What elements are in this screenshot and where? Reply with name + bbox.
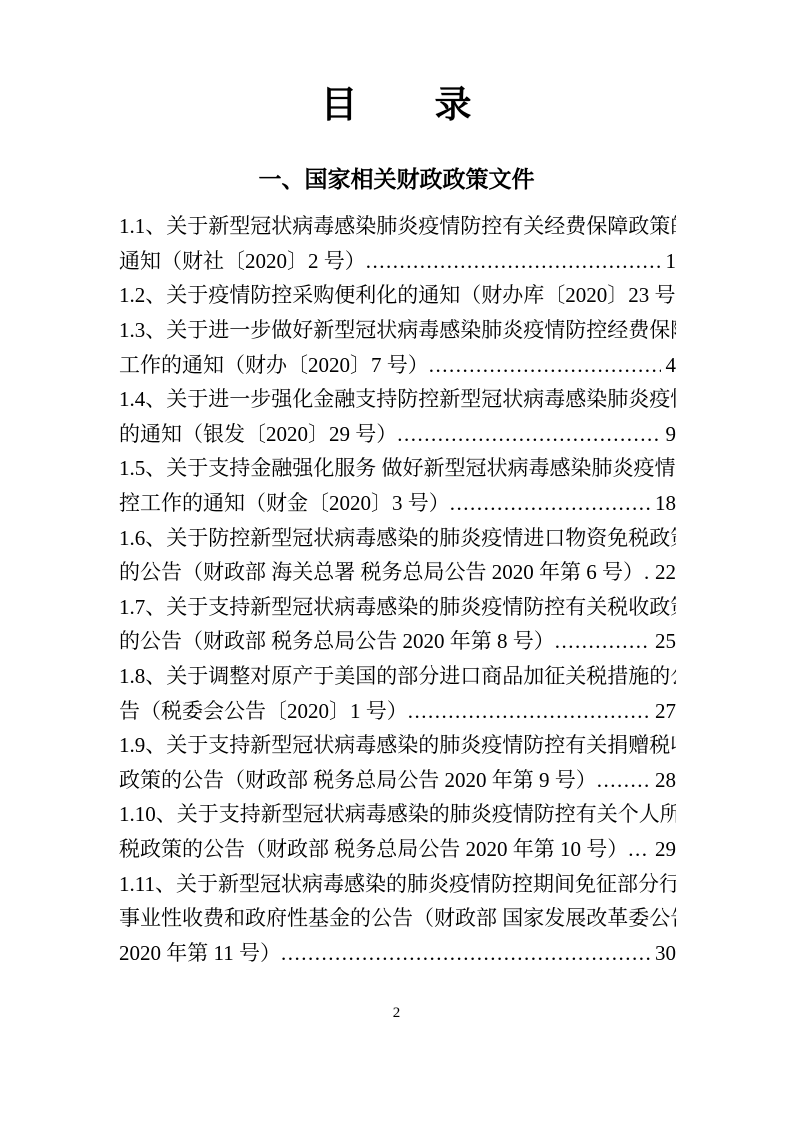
toc-entry-last-line: 控工作的通知（财金〔2020〕3 号）18 <box>119 486 676 521</box>
toc-entry-last-line: 2020 年第 11 号）30 <box>119 936 676 971</box>
dot-leader <box>597 763 650 798</box>
toc-entry-line: 1.5、关于支持金融强化服务 做好新型冠状病毒感染肺炎疫情防 <box>119 451 676 486</box>
toc-entry-text: 2020 年第 11 号） <box>119 936 281 971</box>
dot-leader <box>397 417 660 452</box>
toc-entry-1-11: 1.11、关于新型冠状病毒感染的肺炎疫情防控期间免征部分行政事业性收费和政府性基… <box>119 867 676 971</box>
toc-entry-text: 政策的公告（财政部 税务总局公告 2020 年第 9 号） <box>119 763 597 798</box>
toc-entry-text: 工作的通知（财办〔2020〕7 号） <box>119 348 429 383</box>
toc-entry-text: 税政策的公告（财政部 税务总局公告 2020 年第 10 号） <box>119 832 628 867</box>
toc-entry-last-line: 的通知（银发〔2020〕29 号）9 <box>119 417 676 452</box>
toc-entry-line: 1.7、关于支持新型冠状病毒感染的肺炎疫情防控有关税收政策 <box>119 590 676 625</box>
toc-entry-line: 1.6、关于防控新型冠状病毒感染的肺炎疫情进口物资免税政策 <box>119 521 676 556</box>
toc-page-number: 22 <box>650 555 676 590</box>
toc-entry-text: 控工作的通知（财金〔2020〕3 号） <box>119 486 450 521</box>
dot-leader <box>450 486 650 521</box>
dot-leader <box>366 244 661 279</box>
toc-entry-text: 告（税委会公告〔2020〕1 号） <box>119 694 408 729</box>
toc-entry-line: 1.1、关于新型冠状病毒感染肺炎疫情防控有关经费保障政策的 <box>119 209 676 244</box>
toc-entry-1-2: 1.2、关于疫情防控采购便利化的通知（财办库〔2020〕23 号)3 <box>119 278 676 313</box>
toc-page-number: 29 <box>650 832 676 867</box>
toc-entry-last-line: 工作的通知（财办〔2020〕7 号）4 <box>119 348 676 383</box>
footer-page-number: 2 <box>0 1004 793 1022</box>
toc-entry-line: 1.10、关于支持新型冠状病毒感染的肺炎疫情防控有关个人所得 <box>119 797 676 832</box>
toc-entry-last-line: 告（税委会公告〔2020〕1 号）27 <box>119 694 676 729</box>
toc-entry-text: 的公告（财政部 海关总署 税务总局公告 2020 年第 6 号） <box>119 555 644 590</box>
toc-entry-1-1: 1.1、关于新型冠状病毒感染肺炎疫情防控有关经费保障政策的通知（财社〔2020〕… <box>119 209 676 278</box>
toc-entry-line: 1.4、关于进一步强化金融支持防控新型冠状病毒感染肺炎疫情 <box>119 382 676 417</box>
dot-leader <box>281 936 650 971</box>
toc-entry-1-9: 1.9、关于支持新型冠状病毒感染的肺炎疫情防控有关捐赠税收政策的公告（财政部 税… <box>119 728 676 797</box>
toc-page-number: 4 <box>661 348 677 383</box>
dot-leader <box>555 624 650 659</box>
toc-entry-line: 事业性收费和政府性基金的公告（财政部 国家发展改革委公告 <box>119 901 676 936</box>
toc-page-number: 28 <box>650 763 676 798</box>
toc-page-number: 30 <box>650 936 676 971</box>
toc-entry-1-3: 1.3、关于进一步做好新型冠状病毒感染肺炎疫情防控经费保障工作的通知（财办〔20… <box>119 313 676 382</box>
toc-entry-last-line: 通知（财社〔2020〕2 号）1 <box>119 244 676 279</box>
toc-entry-line: 1.11、关于新型冠状病毒感染的肺炎疫情防控期间免征部分行政 <box>119 867 676 902</box>
toc-entry-text: 1.2、关于疫情防控采购便利化的通知（财办库〔2020〕23 号) <box>119 278 676 313</box>
toc-entry-1-10: 1.10、关于支持新型冠状病毒感染的肺炎疫情防控有关个人所得税政策的公告（财政部… <box>119 797 676 866</box>
document-page: 目 录 一、国家相关财政政策文件 1.1、关于新型冠状病毒感染肺炎疫情防控有关经… <box>0 0 793 1122</box>
toc-entry-1-5: 1.5、关于支持金融强化服务 做好新型冠状病毒感染肺炎疫情防控工作的通知（财金〔… <box>119 451 676 520</box>
toc-entry-1-7: 1.7、关于支持新型冠状病毒感染的肺炎疫情防控有关税收政策的公告（财政部 税务总… <box>119 590 676 659</box>
toc-page-number: 27 <box>650 694 676 729</box>
toc-entry-1-4: 1.4、关于进一步强化金融支持防控新型冠状病毒感染肺炎疫情的通知（银发〔2020… <box>119 382 676 451</box>
toc-page-number: 9 <box>661 417 677 452</box>
toc-list: 1.1、关于新型冠状病毒感染肺炎疫情防控有关经费保障政策的通知（财社〔2020〕… <box>119 209 676 970</box>
dot-leader <box>429 348 661 383</box>
page-title: 目 录 <box>0 84 793 128</box>
toc-entry-last-line: 1.2、关于疫情防控采购便利化的通知（财办库〔2020〕23 号)3 <box>119 278 676 313</box>
toc-entry-last-line: 的公告（财政部 税务总局公告 2020 年第 8 号）25 <box>119 624 676 659</box>
toc-entry-text: 的公告（财政部 税务总局公告 2020 年第 8 号） <box>119 624 555 659</box>
toc-entry-1-8: 1.8、关于调整对原产于美国的部分进口商品加征关税措施的公告（税委会公告〔202… <box>119 659 676 728</box>
toc-entry-text: 通知（财社〔2020〕2 号） <box>119 244 366 279</box>
toc-entry-last-line: 的公告（财政部 海关总署 税务总局公告 2020 年第 6 号）22 <box>119 555 676 590</box>
toc-page-number: 1 <box>661 244 677 279</box>
toc-page-number: 25 <box>650 624 676 659</box>
toc-entry-last-line: 政策的公告（财政部 税务总局公告 2020 年第 9 号）28 <box>119 763 676 798</box>
toc-entry-line: 1.9、关于支持新型冠状病毒感染的肺炎疫情防控有关捐赠税收 <box>119 728 676 763</box>
dot-leader <box>628 832 650 867</box>
toc-entry-line: 1.8、关于调整对原产于美国的部分进口商品加征关税措施的公 <box>119 659 676 694</box>
toc-page-number: 18 <box>650 486 676 521</box>
toc-entry-last-line: 税政策的公告（财政部 税务总局公告 2020 年第 10 号）29 <box>119 832 676 867</box>
dot-leader <box>408 694 650 729</box>
section-heading: 一、国家相关财政政策文件 <box>0 165 793 195</box>
toc-entry-line: 1.3、关于进一步做好新型冠状病毒感染肺炎疫情防控经费保障 <box>119 313 676 348</box>
toc-entry-1-6: 1.6、关于防控新型冠状病毒感染的肺炎疫情进口物资免税政策的公告（财政部 海关总… <box>119 521 676 590</box>
toc-entry-text: 的通知（银发〔2020〕29 号） <box>119 417 397 452</box>
